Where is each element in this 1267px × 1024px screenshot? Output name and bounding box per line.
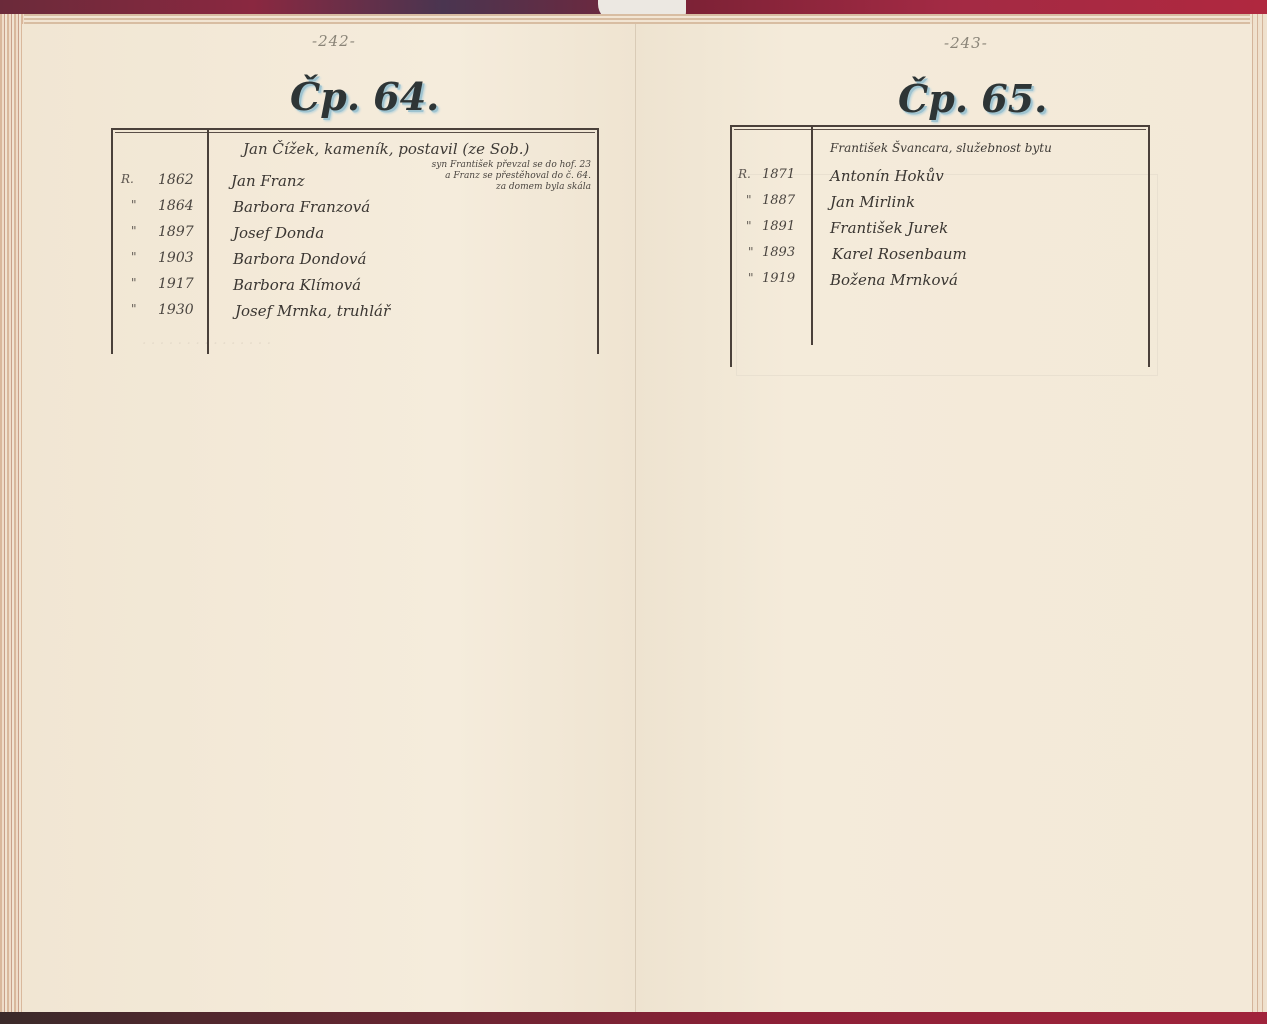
row-year: 1903 — [158, 250, 194, 266]
row-mark: " — [748, 271, 754, 285]
row-year: 1871 — [762, 167, 795, 182]
page-number: -243- — [944, 34, 988, 52]
register-row: " 1930 Josef Mrnka, truhlář — [113, 302, 597, 328]
row-name: Karel Rosenbaum — [832, 245, 967, 263]
register-row: " 1917 Barbora Klímová — [113, 276, 597, 302]
row-name: Josef Donda — [233, 224, 324, 242]
row-year: 1864 — [158, 198, 194, 214]
row-year: 1893 — [762, 245, 795, 260]
row-name: Jan Franz — [231, 172, 304, 190]
right-page: -243- Čp. 65. František Švancara, služeb… — [636, 24, 1252, 1012]
row-year: 1897 — [158, 224, 194, 240]
register-table: Jan Čížek, kameník, postavil (ze Sob.) s… — [111, 128, 599, 354]
row-mark: R. — [121, 172, 134, 186]
row-name: Josef Mrnka, truhlář — [235, 302, 390, 320]
row-year: 1917 — [158, 276, 194, 292]
row-year: 1930 — [158, 302, 194, 318]
row-name: Antonín Hokův — [830, 167, 944, 185]
register-table: František Švancara, služebnost bytu R. 1… — [730, 125, 1150, 367]
row-mark: " — [748, 245, 754, 259]
register-row: R. 1871 Antonín Hokův — [732, 167, 1148, 193]
page-edges-right — [1250, 14, 1267, 1014]
register-row: " 1903 Barbora Dondová — [113, 250, 597, 276]
row-mark: " — [746, 193, 752, 207]
row-year: 1862 — [158, 172, 194, 188]
register-row: " 1864 Barbora Franzová — [113, 198, 597, 224]
row-year: 1887 — [762, 193, 795, 208]
register-row: " 1897 Josef Donda — [113, 224, 597, 250]
row-name: Barbora Klímová — [233, 276, 361, 294]
left-page: · · · · · · · · · · · · · · · -242- Čp. … — [22, 24, 636, 1012]
register-row: R. 1862 Jan Franz — [113, 172, 597, 198]
page-edges-left — [0, 14, 24, 1014]
row-name: Barbora Dondová — [233, 250, 366, 268]
row-mark: " — [131, 250, 137, 264]
row-name: Božena Mrnková — [830, 271, 958, 289]
row-mark: " — [746, 219, 752, 233]
row-name: Jan Mirlink — [830, 193, 915, 211]
row-year: 1891 — [762, 219, 795, 234]
row-mark: " — [131, 224, 137, 238]
register-row: " 1893 Karel Rosenbaum — [732, 245, 1148, 271]
register-row: " 1891 František Jurek — [732, 219, 1148, 245]
row-mark: " — [131, 302, 137, 316]
house-title: Čp. 64. — [290, 74, 439, 119]
page-number: -242- — [312, 32, 356, 50]
row-mark: " — [131, 198, 137, 212]
row-mark: R. — [738, 167, 751, 181]
register-row: " 1887 Jan Mirlink — [732, 193, 1148, 219]
owner-header: Jan Čížek, kameník, postavil (ze Sob.) — [243, 140, 529, 158]
row-mark: " — [131, 276, 137, 290]
row-name: Barbora Franzová — [233, 198, 370, 216]
owner-header: František Švancara, služebnost bytu — [830, 141, 1052, 155]
row-year: 1919 — [762, 271, 795, 286]
house-title: Čp. 65. — [898, 76, 1047, 121]
row-name: František Jurek — [830, 219, 948, 237]
book-cover-bottom — [0, 1012, 1267, 1024]
register-row: " 1919 Božena Mrnková — [732, 271, 1148, 297]
